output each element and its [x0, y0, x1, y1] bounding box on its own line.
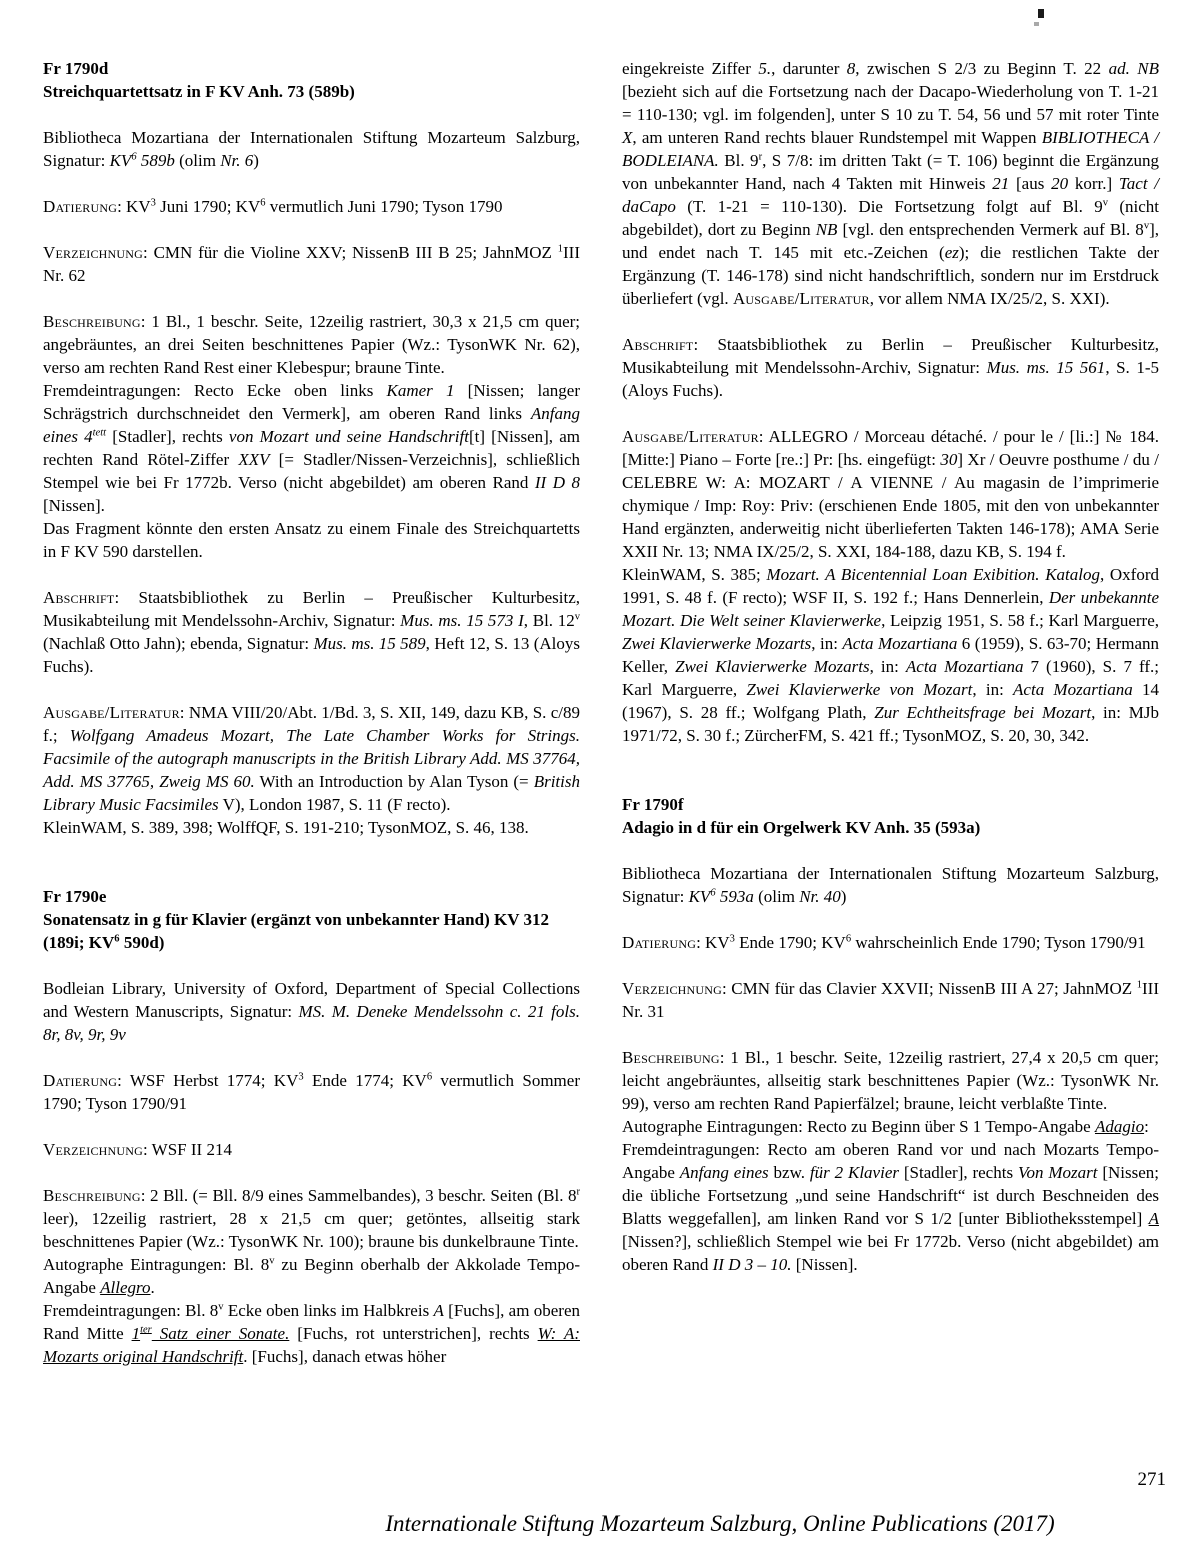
text-run: X	[622, 128, 632, 147]
text-run: [Fuchs, rot unterstrichen], rechts	[289, 1324, 537, 1343]
text-run: Mus. ms. 15 561	[987, 358, 1106, 377]
repository-paragraph: Bodleian Library, University of Oxford, …	[43, 977, 580, 1046]
text-run: Acta Mozartiana	[1013, 680, 1133, 699]
text-run: Acta Mozartiana	[842, 634, 957, 653]
text-run: Fremdeintragungen: Bl. 8	[43, 1301, 218, 1320]
beschreibung-paragraph: Beschreibung: 1 Bl., 1 beschr. Seite, 12…	[622, 1046, 1159, 1276]
text-run: Adagio	[1095, 1117, 1144, 1136]
text-run: , darunter	[771, 59, 847, 78]
text-run: With an Introduction by Alan Tyson (=	[255, 772, 534, 791]
text-run: ter	[140, 1324, 152, 1335]
text-run: Zwei Klavierwerke Mozarts	[622, 634, 811, 653]
text-run: Zwei Klavierwerke von Mozart	[746, 680, 972, 699]
text-run: Adagio in d für ein Orgelwerk KV Anh. 35…	[622, 818, 980, 837]
ausgabe-literatur-paragraph: Ausgabe/Literatur: NMA VIII/20/Abt. 1/Bd…	[43, 701, 580, 839]
beschreibung-paragraph: Beschreibung: 1 Bl., 1 beschr. Seite, 12…	[43, 310, 580, 563]
text-run: )	[841, 887, 847, 906]
text-run: (Nachlaß Otto Jahn); ebenda, Signatur:	[43, 634, 313, 653]
text-run: II D 3 – 10.	[713, 1255, 792, 1274]
text-run: 30	[940, 450, 957, 469]
text-run: ez	[945, 243, 959, 262]
text-run: Zwei Klavierwerke Mozarts	[675, 657, 869, 676]
text-run: Mozart. A Bicentennial Loan Exibition. K…	[766, 565, 1100, 584]
footer-credit: Internationale Stiftung Mozarteum Salzbu…	[240, 1510, 1200, 1538]
text-run: bzw.	[769, 1163, 810, 1182]
text-run: Bl. 9	[719, 151, 759, 170]
text-run: Ecke oben links im Halbkreis	[224, 1301, 434, 1320]
text-run: Fr 1790f	[622, 795, 684, 814]
text-run: (olim	[754, 887, 799, 906]
text-run: , vor allem NMA IX/25/2, S. XXI).	[870, 289, 1110, 308]
continuation-beschreibung-paragraph: eingekreiste Ziffer 5., darunter 8, zwis…	[622, 57, 1159, 310]
text-run: Acta Mozartiana	[906, 657, 1024, 676]
verzeichnung-paragraph: Verzeichnung: WSF II 214	[43, 1138, 580, 1161]
repository-paragraph: Bibliotheca Mozartiana der International…	[43, 126, 580, 172]
text-run: 21	[992, 174, 1009, 193]
text-run: Verzeichnung	[622, 979, 722, 998]
text-run: : WSF Herbst 1774; KV	[117, 1071, 298, 1090]
datierung-paragraph: Datierung: KV3 Ende 1790; KV6 wahrschein…	[622, 931, 1159, 954]
text-run: [Stadler], rechts	[106, 427, 229, 446]
text-run: Fremdeintragungen: Recto Ecke oben links	[43, 381, 387, 400]
text-run: ad. NB	[1109, 59, 1159, 78]
ausgabe-literatur-paragraph: Ausgabe/Literatur: ALLEGRO / Morceau dét…	[622, 425, 1159, 747]
right-column: eingekreiste Ziffer 5., darunter 8, zwis…	[622, 57, 1159, 1299]
text-run: .	[151, 1278, 155, 1297]
text-run: 1	[132, 1324, 141, 1343]
text-run: A	[1149, 1209, 1159, 1228]
text-run: V), London 1987, S. 11 (F recto).	[219, 795, 451, 814]
text-run: Ausgabe/Literatur	[43, 703, 180, 722]
text-run: Ausgabe/Literatur	[622, 427, 759, 446]
text-run: Juni 1790; KV	[156, 197, 260, 216]
text-run: Autographe Eintragungen: Bl. 8	[43, 1255, 269, 1274]
text-run: Nr. 6	[220, 151, 253, 170]
text-run: Fr 1790d	[43, 59, 108, 78]
text-run: Datierung	[622, 933, 696, 952]
text-run: )	[253, 151, 259, 170]
text-run: vermutlich Juni 1790; Tyson 1790	[266, 197, 503, 216]
text-run: KV	[689, 887, 711, 906]
text-run: [bezieht sich auf die Fortsetzung nach d…	[622, 82, 1159, 124]
text-run: XXV	[238, 450, 269, 469]
text-run: Fr 1790e	[43, 887, 106, 906]
text-run: Ausgabe/Literatur	[733, 289, 870, 308]
entry-heading-fr-1790f: Fr 1790fAdagio in d für ein Orgelwerk KV…	[622, 793, 1159, 839]
text-run: wahrscheinlich Ende 1790; Tyson 1790/91	[851, 933, 1146, 952]
datierung-paragraph: Datierung: WSF Herbst 1774; KV3 Ende 177…	[43, 1069, 580, 1115]
text-run: Datierung	[43, 1071, 117, 1090]
text-run: r	[576, 1186, 580, 1197]
text-run: , am unteren Rand rechts blauer Rundstem…	[632, 128, 1041, 147]
text-run: Autographe Eintragungen: Recto zu Beginn…	[622, 1117, 1095, 1136]
text-run: KleinWAM, S. 385;	[622, 565, 766, 584]
abschrift-paragraph: Abschrift: Staatsbibliothek zu Berlin – …	[622, 333, 1159, 402]
beschreibung-paragraph: Beschreibung: 2 Bll. (= Bll. 8/9 eines S…	[43, 1184, 580, 1368]
text-run: : WSF II 214	[143, 1140, 232, 1159]
entry-heading-fr-1790e: Fr 1790eSonatensatz in g für Klavier (er…	[43, 885, 580, 954]
text-run: Beschreibung	[43, 1186, 141, 1205]
text-run: v	[575, 611, 580, 622]
text-run: :	[1144, 1117, 1149, 1136]
text-run: [vgl. den entsprechenden Vermerk auf Bl.…	[837, 220, 1143, 239]
scan-artifact	[1038, 9, 1044, 18]
text-run: : KV	[696, 933, 730, 952]
left-column: Fr 1790dStreichquartettsatz in F KV Anh.…	[43, 57, 580, 1391]
verzeichnung-paragraph: Verzeichnung: CMN für das Clavier XXVII;…	[622, 977, 1159, 1023]
text-run: für 2 Klavier	[810, 1163, 899, 1182]
repository-paragraph: Bibliotheca Mozartiana der International…	[622, 862, 1159, 908]
page-number: 271	[622, 1468, 1166, 1491]
text-run: 590d)	[120, 933, 165, 952]
text-run: Beschreibung	[43, 312, 141, 331]
text-run: NB	[816, 220, 838, 239]
text-run: Abschrift	[622, 335, 693, 354]
text-run: , in:	[811, 634, 842, 653]
text-run: Allegro	[100, 1278, 150, 1297]
text-run: , in:	[972, 680, 1013, 699]
abschrift-paragraph: Abschrift: Staatsbibliothek zu Berlin – …	[43, 586, 580, 678]
text-run: 589b	[137, 151, 175, 170]
text-run: [Nissen].	[792, 1255, 858, 1274]
text-run: Das Fragment könnte den ersten Ansatz zu…	[43, 519, 580, 561]
text-run: [Nissen?], schließlich Stempel wie bei F…	[622, 1232, 1159, 1274]
text-run: Anfang eines	[680, 1163, 769, 1182]
datierung-paragraph: Datierung: KV3 Juni 1790; KV6 vermutlich…	[43, 195, 580, 218]
text-run: [Stadler], rechts	[899, 1163, 1018, 1182]
text-run: , zwischen S 2/3 zu Beginn T. 22	[855, 59, 1108, 78]
text-run: Verzeichnung	[43, 243, 143, 262]
text-run: Satz einer Sonate.	[152, 1324, 290, 1343]
text-run: II D 8	[535, 473, 580, 492]
text-run: , Leipzig 1951, S. 58 f.; Karl Marguerre…	[881, 611, 1159, 630]
text-run: 20	[1051, 174, 1068, 193]
text-run: 593a	[716, 887, 754, 906]
text-run: , Bl. 12	[524, 611, 575, 630]
text-run: leer), 12zeilig rastriert, 28 x 21,5 cm …	[43, 1209, 580, 1251]
text-run: , in:	[870, 657, 906, 676]
text-run: (T. 1-21 = 110-130). Die Fortsetzung fol…	[676, 197, 1103, 216]
text-run: tett	[93, 427, 106, 438]
text-run: Datierung	[43, 197, 117, 216]
text-run: . [Fuchs], danach etwas höher	[243, 1347, 446, 1366]
entry-heading-fr-1790d: Fr 1790dStreichquartettsatz in F KV Anh.…	[43, 57, 580, 103]
scan-artifact	[1034, 22, 1039, 26]
text-run: Abschrift	[43, 588, 114, 607]
text-run: eingekreiste Ziffer	[622, 59, 758, 78]
text-run: KleinWAM, S. 389, 398; WolffQF, S. 191-2…	[43, 818, 529, 837]
text-run: Beschreibung	[622, 1048, 720, 1067]
text-run: (olim	[175, 151, 220, 170]
text-run: Kamer 1	[387, 381, 455, 400]
catalog-scan-page: Fr 1790dStreichquartettsatz in F KV Anh.…	[0, 0, 1200, 1564]
text-run: Verzeichnung	[43, 1140, 143, 1159]
verzeichnung-paragraph: Verzeichnung: CMN für die Violine XXV; N…	[43, 241, 580, 287]
text-run: : 2 Bll. (= Bll. 8/9 eines Sammelbandes)…	[141, 1186, 577, 1205]
text-run: Zur Echtheitsfrage bei Mozart	[874, 703, 1091, 722]
text-run: Nr. 40	[799, 887, 841, 906]
text-run: : KV	[117, 197, 151, 216]
text-run: Von Mozart	[1018, 1163, 1098, 1182]
text-run: 5.	[758, 59, 771, 78]
text-run: : CMN für das Clavier XXVII; NissenB III…	[722, 979, 1137, 998]
text-run: [aus	[1009, 174, 1051, 193]
text-run: KV	[110, 151, 132, 170]
text-run: Ende 1790; KV	[735, 933, 846, 952]
text-run: [Nissen].	[43, 496, 105, 515]
text-run: Streichquartettsatz in F KV Anh. 73 (589…	[43, 82, 355, 101]
text-run: Ende 1774; KV	[304, 1071, 427, 1090]
text-run: Mus. ms. 15 589	[313, 634, 425, 653]
text-run: : CMN für die Violine XXV; NissenB III B…	[143, 243, 558, 262]
text-run: von Mozart und seine Handschrift	[229, 427, 469, 446]
text-run: korr.]	[1068, 174, 1119, 193]
text-run: A	[433, 1301, 443, 1320]
text-run: Mus. ms. 15 573 I	[400, 611, 524, 630]
